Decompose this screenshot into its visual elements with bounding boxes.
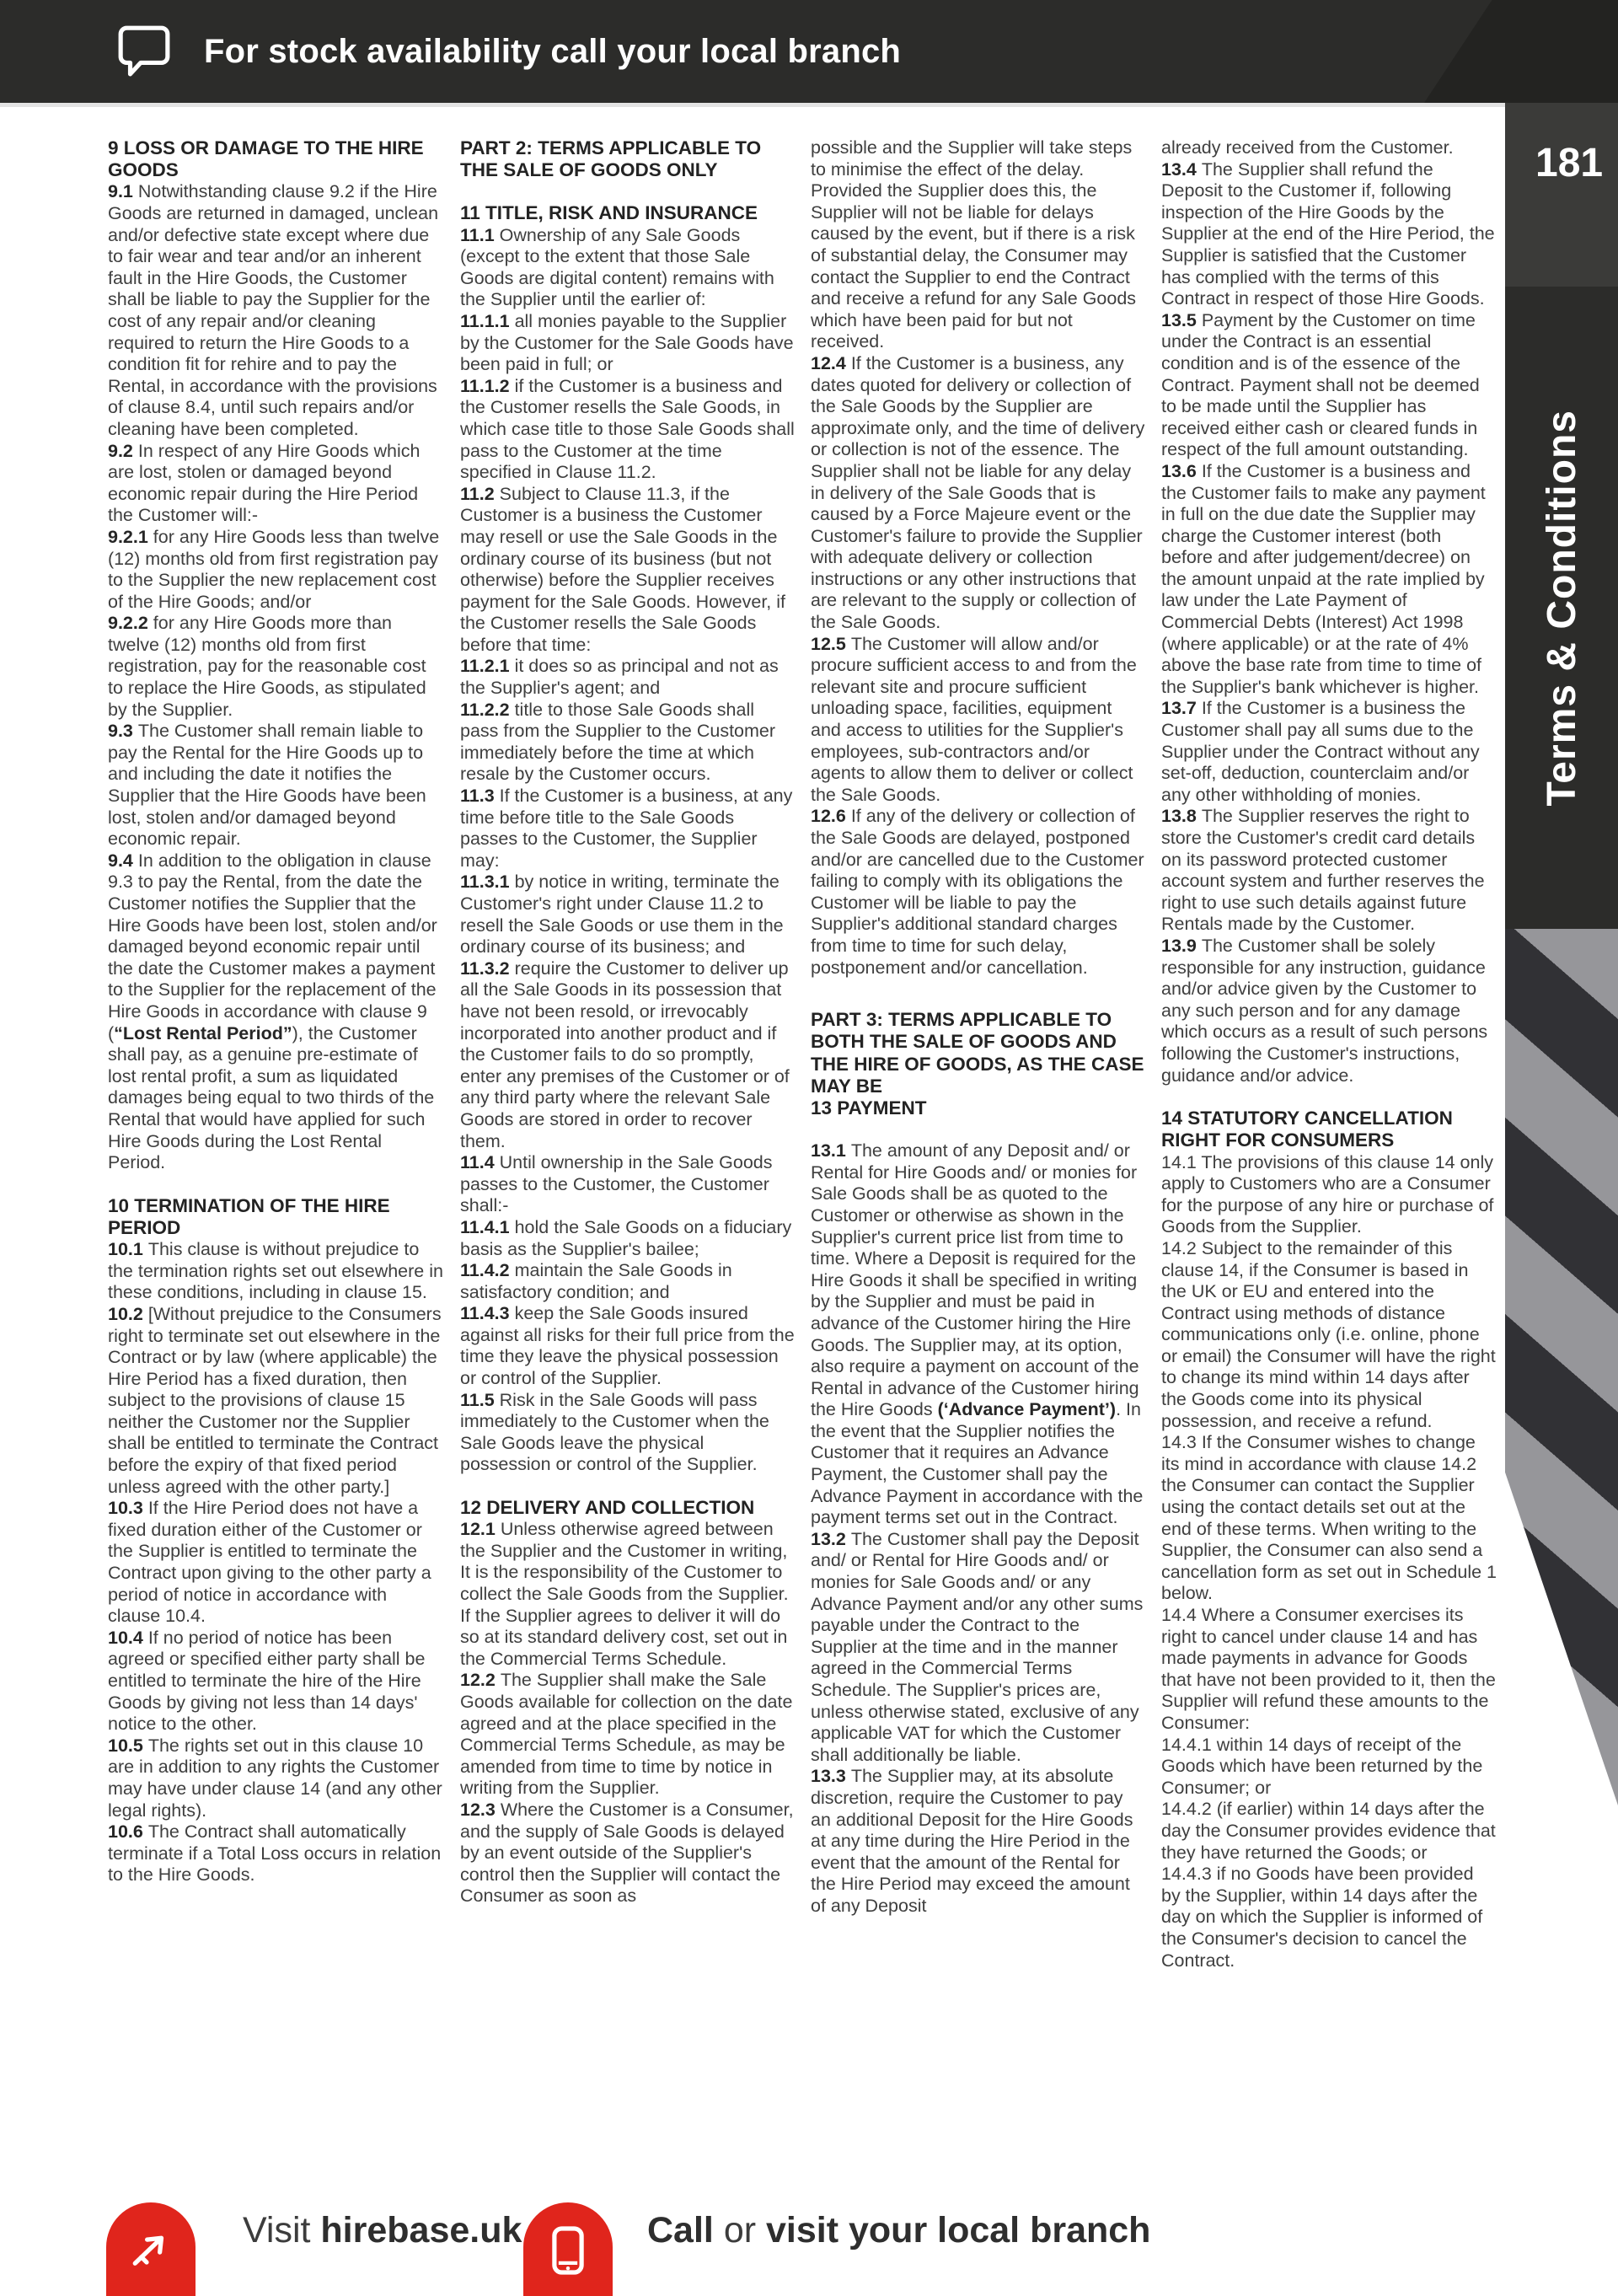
terms-column-1: 9 LOSS OR DAMAGE TO THE HIRE GOODS9.1 No…: [108, 137, 443, 1886]
terms-clause: 13.7 If the Customer is a business the C…: [1161, 698, 1497, 806]
terms-clause: 11.1 Ownership of any Sale Goods (except…: [460, 225, 796, 311]
terms-clause: 10.1 This clause is without prejudice to…: [108, 1239, 443, 1304]
terms-clause: 14.4.3 if no Goods have been provided by…: [1161, 1864, 1497, 1971]
terms-clause: 11.1.2 if the Customer is a business and…: [460, 376, 796, 484]
terms-clause: 9.3 The Customer shall remain liable to …: [108, 721, 443, 850]
terms-clause: 11.4 Until ownership in the Sale Goods p…: [460, 1152, 796, 1217]
terms-clause: 13.4 The Supplier shall refund the Depos…: [1161, 159, 1497, 310]
terms-clause: 9.1 Notwithstanding clause 9.2 if the Hi…: [108, 181, 443, 440]
terms-clause: 9.2 In respect of any Hire Goods which a…: [108, 441, 443, 527]
terms-clause: 13.1 The amount of any Deposit and/ or R…: [811, 1140, 1146, 1529]
terms-section-heading: 9 LOSS OR DAMAGE TO THE HIRE GOODS: [108, 137, 443, 181]
header-corner-decoration: [1424, 0, 1618, 103]
terms-clause: 11.2.1 it does so as principal and not a…: [460, 656, 796, 699]
call-branch-text: Call or visit your local branch: [647, 2210, 1150, 2251]
terms-column-2: PART 2: TERMS APPLICABLE TO THE SALE OF …: [460, 137, 796, 1907]
terms-clause: 10.5 The rights set out in this clause 1…: [108, 1735, 443, 1821]
terms-clause: 11.3 If the Customer is a business, at a…: [460, 786, 796, 872]
terms-clause: 13.8 The Supplier reserves the right to …: [1161, 806, 1497, 936]
page-number: 181: [1535, 141, 1603, 185]
terms-clause: 13.5 Payment by the Customer on time und…: [1161, 310, 1497, 461]
terms-clause: 14.4.2 (if earlier) within 14 days after…: [1161, 1799, 1497, 1864]
terms-clause: 11.2 Subject to Clause 11.3, if the Cust…: [460, 484, 796, 657]
terms-clause: 12.1 Unless otherwise agreed between the…: [460, 1519, 796, 1670]
terms-clause: 9.2.2 for any Hire Goods more than twelv…: [108, 613, 443, 721]
terms-section-heading: 11 TITLE, RISK AND INSURANCE: [460, 202, 796, 224]
page-number-tab: 181: [1505, 103, 1618, 287]
speech-bubble-icon: [116, 23, 172, 81]
terms-clause: 12.5 The Customer will allow and/or proc…: [811, 634, 1146, 807]
terms-clause: 13.2 The Customer shall pay the Deposit …: [811, 1529, 1146, 1767]
header-bar: For stock availability call your local b…: [0, 0, 1618, 107]
terms-clause: 9.4 In addition to the obligation in cla…: [108, 850, 443, 1174]
phone-icon: [544, 2224, 592, 2296]
terms-clause: 11.4.1 hold the Sale Goods on a fiduciar…: [460, 1217, 796, 1260]
terms-clause: 12.4 If the Customer is a business, any …: [811, 353, 1146, 634]
terms-section-heading: 14 STATUTORY CANCELLATION RIGHT FOR CONS…: [1161, 1108, 1497, 1151]
terms-clause: 14.1 The provisions of this clause 14 on…: [1161, 1152, 1497, 1238]
call-branch-badge: [523, 2202, 613, 2296]
visit-website-badge: [106, 2202, 196, 2296]
terms-clause: 11.1.1 all monies payable to the Supplie…: [460, 311, 796, 376]
diagonal-stripes-decoration: [1505, 929, 1618, 1805]
terms-clause: already received from the Customer.: [1161, 137, 1497, 159]
terms-clause: 9.2.1 for any Hire Goods less than twelv…: [108, 527, 443, 613]
website-url: hirebase.uk: [320, 2210, 522, 2250]
terms-clause: 10.2 [Without prejudice to the Consumers…: [108, 1304, 443, 1498]
terms-section-heading: 10 TERMINATION OF THE HIRE PERIOD: [108, 1195, 443, 1239]
visit-branch-label: visit your local branch: [766, 2210, 1150, 2250]
or-label: or: [714, 2210, 766, 2250]
terms-section-heading: 13 PAYMENT: [811, 1097, 1146, 1119]
terms-clause: 14.2 Subject to the remainder of this cl…: [1161, 1238, 1497, 1432]
terms-clause: 10.4 If no period of notice has been agr…: [108, 1628, 443, 1735]
call-label: Call: [647, 2210, 714, 2250]
terms-clause: 12.2 The Supplier shall make the Sale Go…: [460, 1670, 796, 1800]
terms-section-heading: PART 2: TERMS APPLICABLE TO THE SALE OF …: [460, 137, 796, 181]
terms-clause: 11.5 Risk in the Sale Goods will pass im…: [460, 1390, 796, 1476]
visit-label: Visit: [243, 2210, 320, 2250]
terms-clause: possible and the Supplier will take step…: [811, 137, 1146, 353]
terms-section-heading: 12 DELIVERY AND COLLECTION: [460, 1497, 796, 1519]
terms-clause: 11.3.1 by notice in writing, terminate t…: [460, 872, 796, 958]
terms-clause: 10.3 If the Hire Period does not have a …: [108, 1498, 443, 1628]
terms-clause: 11.2.2 title to those Sale Goods shall p…: [460, 700, 796, 786]
terms-clause: 14.4.1 within 14 days of receipt of the …: [1161, 1735, 1497, 1800]
terms-clause: 13.3 The Supplier may, at its absolute d…: [811, 1766, 1146, 1917]
terms-column-4: already received from the Customer.13.4 …: [1161, 137, 1497, 1971]
terms-clause: 13.6 If the Customer is a business and t…: [1161, 461, 1497, 699]
terms-clause: 10.6 The Contract shall automatically te…: [108, 1821, 443, 1886]
cursor-arrow-icon: [126, 2224, 176, 2296]
terms-clause: 12.6 If any of the delivery or collectio…: [811, 806, 1146, 979]
terms-clause: 14.3 If the Consumer wishes to change it…: [1161, 1432, 1497, 1605]
visit-website-text: Visit hirebase.uk: [243, 2210, 522, 2251]
terms-clause: 11.4.3 keep the Sale Goods insured again…: [460, 1303, 796, 1389]
terms-section-heading: PART 3: TERMS APPLICABLE TO BOTH THE SAL…: [811, 1009, 1146, 1097]
terms-column-3: possible and the Supplier will take step…: [811, 137, 1146, 1918]
section-sidebar-label: Terms & Conditions: [1539, 410, 1585, 806]
header-title: For stock availability call your local b…: [204, 33, 901, 71]
terms-clause: 13.9 The Customer shall be solely respon…: [1161, 936, 1497, 1086]
terms-clause: 11.4.2 maintain the Sale Goods in satisf…: [460, 1260, 796, 1303]
terms-clause: 12.3 Where the Customer is a Consumer, a…: [460, 1800, 796, 1907]
section-sidebar: Terms & Conditions: [1505, 287, 1618, 929]
terms-clause: 14.4 Where a Consumer exercises its righ…: [1161, 1605, 1497, 1735]
terms-clause: 11.3.2 require the Customer to deliver u…: [460, 958, 796, 1152]
